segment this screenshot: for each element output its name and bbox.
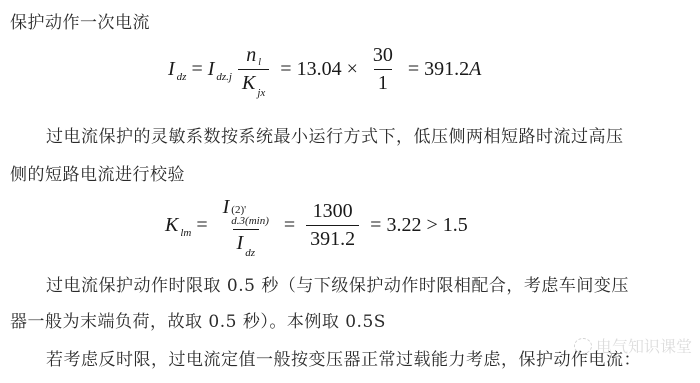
fraction-n-over-K: nl Kjx [238, 44, 269, 95]
paragraph-timing-1: 过电流保护动作时限取 0.5 秒（与下级保护动作时限相配合，考虑车间变压 [46, 271, 629, 296]
wechat-icon [574, 338, 592, 354]
paragraph-title: 保护动作一次电流 [10, 8, 150, 33]
equals: = [284, 214, 295, 237]
sub-lm: lm [180, 227, 191, 239]
numerator: 1300 [309, 200, 357, 225]
value: 13.04 [297, 58, 342, 81]
numerator: 30 [369, 44, 397, 69]
result: 3.22 [386, 214, 421, 237]
paragraph-inverse-time: 若考虑反时限，过电流定值一般按变压器正常过载能力考虑，保护动作电流： [46, 345, 641, 370]
result: 391.2 [424, 58, 469, 81]
fraction-30-over-1: 30 1 [369, 44, 397, 95]
unit: A [469, 58, 481, 81]
var-I: I [168, 58, 175, 81]
threshold: 1.5 [443, 214, 468, 237]
var-K: K [242, 72, 255, 94]
sub-dz: dz [245, 247, 255, 259]
sub-jx: jx [257, 87, 265, 99]
sub-l: l [258, 57, 261, 68]
sub-d3min: d.3(min) [231, 216, 269, 227]
paragraph-timing-2: 器一般为末端负荷，故取 0.5 秒）。本例取 0.5S [10, 307, 386, 332]
fraction-1300-over-391: 1300 391.2 [306, 200, 359, 251]
sub-dzj: dz.j [216, 71, 232, 83]
equals: = [280, 58, 291, 81]
var-I: I [237, 232, 244, 254]
denominator: 1 [374, 69, 392, 95]
times: × [347, 58, 358, 81]
var-I: I [208, 58, 215, 81]
equals: = [370, 214, 381, 237]
fraction-I-over-I: I(2)'d.3(min) Idz [219, 196, 273, 255]
greater-than: > [426, 214, 437, 237]
denominator: 391.2 [306, 225, 359, 251]
equals: = [196, 214, 207, 237]
var-K: K [165, 214, 178, 237]
watermark-text: 电气知识课堂 [596, 334, 692, 357]
paragraph-sensitivity-1: 过电流保护的灵敏系数按系统最小运行方式下，低压侧两相短路时流过高压 [46, 122, 624, 147]
var-n: n [246, 44, 256, 66]
watermark: 电气知识课堂 [574, 334, 692, 357]
paragraph-sensitivity-2: 侧的短路电流进行校验 [10, 160, 185, 185]
sub-dz: dz [177, 71, 187, 83]
equals: = [408, 58, 419, 81]
var-I: I [223, 196, 230, 218]
formula-primary-current: I dz = I dz.j nl Kjx = 13.04 × 30 1 = 39… [168, 44, 481, 95]
formula-sensitivity: K lm = I(2)'d.3(min) Idz = 1300 391.2 = … [165, 196, 468, 255]
equals: = [191, 58, 202, 81]
